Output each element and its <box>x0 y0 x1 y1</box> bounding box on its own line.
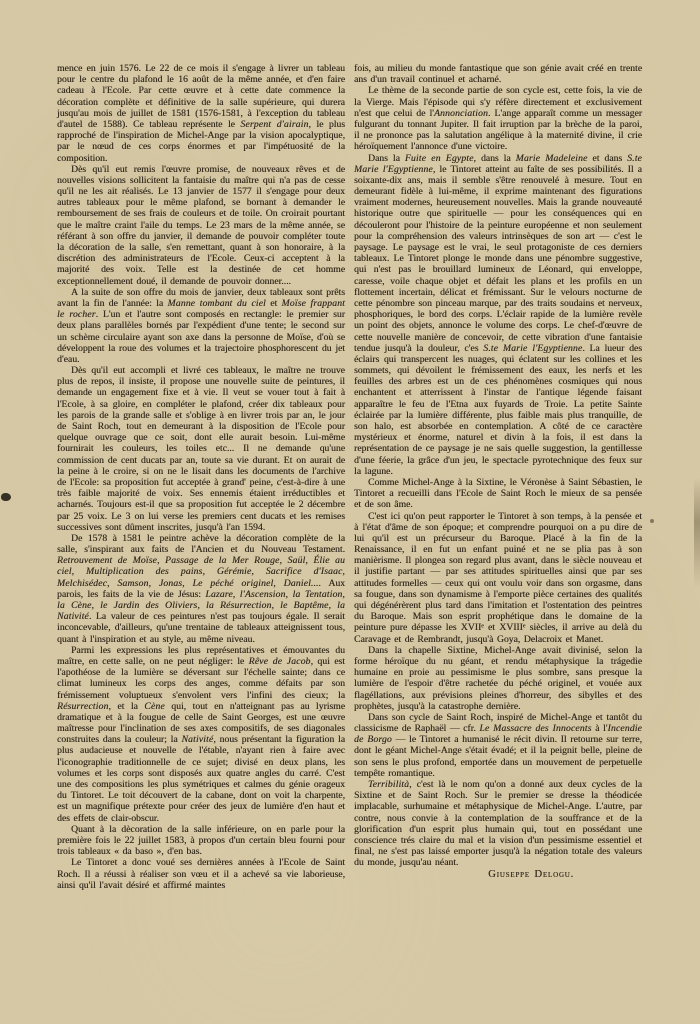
paragraph: Dès qu'il eut remis l'œuvre promise, de … <box>57 164 345 287</box>
paragraph: Parmi les expressions les plus représent… <box>57 645 345 824</box>
column-2: fois, au milieu du monde fantastique que… <box>354 63 642 891</box>
paragraph: Le Tintoret a donc voué ses dernières an… <box>57 857 345 891</box>
paragraph: C'est ici qu'on peut rapporter le Tintor… <box>354 511 642 645</box>
paragraph: fois, au milieu du monde fantastique que… <box>354 63 642 85</box>
paragraph: Dans la Fuite en Egypte, dans la Marie M… <box>354 153 642 477</box>
ink-dot-right-margin <box>650 519 654 523</box>
paragraph: A la suite de son offre du mois de janvi… <box>57 287 345 365</box>
paragraph: mence en juin 1576. Le 22 de ce mois il … <box>57 63 345 164</box>
scanned-page: mence en juin 1576. Le 22 de ce mois il … <box>0 0 700 1024</box>
text-columns: mence en juin 1576. Le 22 de ce mois il … <box>57 63 642 891</box>
paragraph: Comme Michel-Ange à la Sixtine, le Véron… <box>354 477 642 511</box>
right-edge-streak <box>694 478 700 588</box>
paragraph: Quant à la dècoration de la salle inféri… <box>57 824 345 858</box>
paragraph: Dès qu'il eut accompli et livré ces tabl… <box>57 365 345 533</box>
paragraph: Dans la chapelle Sixtine, Michel-Ange av… <box>354 645 642 712</box>
paragraph: Dans son cycle de Saint Roch, inspiré de… <box>354 712 642 779</box>
paragraph: De 1578 à 1581 le peintre achève la déco… <box>57 533 345 645</box>
paragraph: Terribilità, c'est là le nom qu'on a don… <box>354 779 642 869</box>
column-1: mence en juin 1576. Le 22 de ce mois il … <box>57 63 345 891</box>
ink-blot-left-edge <box>1 493 11 501</box>
author-signature: Giuseppe Delogu. <box>354 869 642 880</box>
paragraph: Le thème de la seconde partie de son cyc… <box>354 85 642 152</box>
